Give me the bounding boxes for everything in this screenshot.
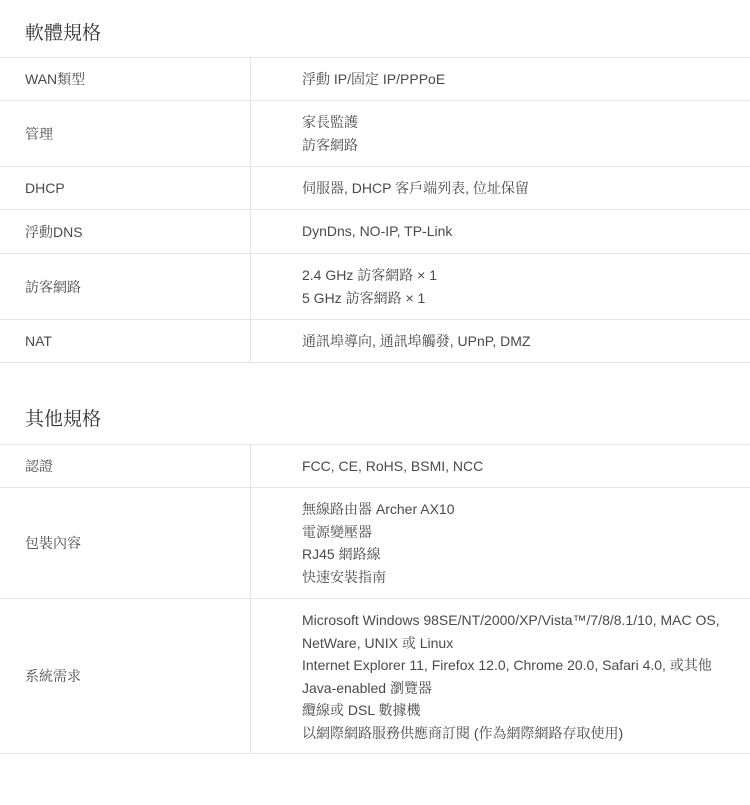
spec-value-line: Microsoft Windows 98SE/NT/2000/XP/Vista™… [302, 609, 750, 632]
spec-value-line: 纜線或 DSL 數據機 [302, 699, 750, 722]
spec-key: 包裝內容 [0, 488, 251, 598]
spec-value-line: FCC, CE, RoHS, BSMI, NCC [302, 455, 750, 478]
spec-value-line: 浮動 IP/固定 IP/PPPoE [302, 68, 750, 91]
other-specs-table: 認證 FCC, CE, RoHS, BSMI, NCC 包裝內容 無線路由器 A… [0, 444, 750, 754]
spec-key: 訪客網路 [0, 254, 251, 319]
spec-value-line: 無線路由器 Archer AX10 [302, 498, 750, 521]
spec-value: DynDns, NO-IP, TP-Link [251, 210, 750, 253]
spec-row-dynamic-dns: 浮動DNS DynDns, NO-IP, TP-Link [0, 210, 750, 254]
spec-row-management: 管理 家長監護 訪客網路 [0, 101, 750, 167]
spec-row-package-contents: 包裝內容 無線路由器 Archer AX10 電源變壓器 RJ45 網路線 快速… [0, 488, 750, 599]
spec-value-line: 快速安裝指南 [302, 566, 750, 589]
spec-value-line: Java-enabled 瀏覽器 [302, 677, 750, 700]
spec-value: FCC, CE, RoHS, BSMI, NCC [251, 445, 750, 487]
section-title-other-specs: 其他規格 [0, 403, 750, 444]
spec-value: 2.4 GHz 訪客網路 × 1 5 GHz 訪客網路 × 1 [251, 254, 750, 319]
spec-value-line: 通訊埠導向, 通訊埠觸發, UPnP, DMZ [302, 330, 750, 353]
spec-value-line: 訪客網路 [302, 134, 750, 157]
spec-value: 伺服器, DHCP 客戶端列表, 位址保留 [251, 167, 750, 209]
section-spacer [0, 363, 750, 403]
spec-value-line: RJ45 網路線 [302, 543, 750, 566]
spec-value: 通訊埠導向, 通訊埠觸發, UPnP, DMZ [251, 320, 750, 362]
spec-value-line: 家長監護 [302, 111, 750, 134]
spec-value-line: 電源變壓器 [302, 521, 750, 544]
spec-value-line: 2.4 GHz 訪客網路 × 1 [302, 264, 750, 287]
spec-key: WAN類型 [0, 58, 251, 100]
spec-row-wan-type: WAN類型 浮動 IP/固定 IP/PPPoE [0, 58, 750, 101]
software-specs-table: WAN類型 浮動 IP/固定 IP/PPPoE 管理 家長監護 訪客網路 DHC… [0, 57, 750, 363]
spec-key: 系統需求 [0, 599, 251, 753]
spec-value-line: NetWare, UNIX 或 Linux [302, 632, 750, 655]
spec-value: 家長監護 訪客網路 [251, 101, 750, 166]
spec-row-system-requirements: 系統需求 Microsoft Windows 98SE/NT/2000/XP/V… [0, 599, 750, 754]
spec-row-nat: NAT 通訊埠導向, 通訊埠觸發, UPnP, DMZ [0, 320, 750, 363]
spec-row-dhcp: DHCP 伺服器, DHCP 客戶端列表, 位址保留 [0, 167, 750, 210]
spec-row-guest-network: 訪客網路 2.4 GHz 訪客網路 × 1 5 GHz 訪客網路 × 1 [0, 254, 750, 320]
spec-value-line: Internet Explorer 11, Firefox 12.0, Chro… [302, 654, 750, 677]
spec-value-line: DynDns, NO-IP, TP-Link [302, 220, 750, 243]
spec-value-line: 以網際網路服務供應商訂閱 (作為網際網路存取使用) [302, 722, 750, 745]
spec-value: 浮動 IP/固定 IP/PPPoE [251, 58, 750, 100]
spec-value-line: 5 GHz 訪客網路 × 1 [302, 287, 750, 310]
section-title-software-specs: 軟體規格 [0, 0, 750, 57]
spec-key: 管理 [0, 101, 251, 166]
spec-key: NAT [0, 320, 251, 362]
spec-row-certification: 認證 FCC, CE, RoHS, BSMI, NCC [0, 445, 750, 488]
spec-value: 無線路由器 Archer AX10 電源變壓器 RJ45 網路線 快速安裝指南 [251, 488, 750, 598]
spec-value-line: 伺服器, DHCP 客戶端列表, 位址保留 [302, 177, 750, 200]
spec-key: 浮動DNS [0, 210, 251, 253]
spec-value: Microsoft Windows 98SE/NT/2000/XP/Vista™… [251, 599, 750, 753]
spec-key: 認證 [0, 445, 251, 487]
spec-key: DHCP [0, 167, 251, 209]
